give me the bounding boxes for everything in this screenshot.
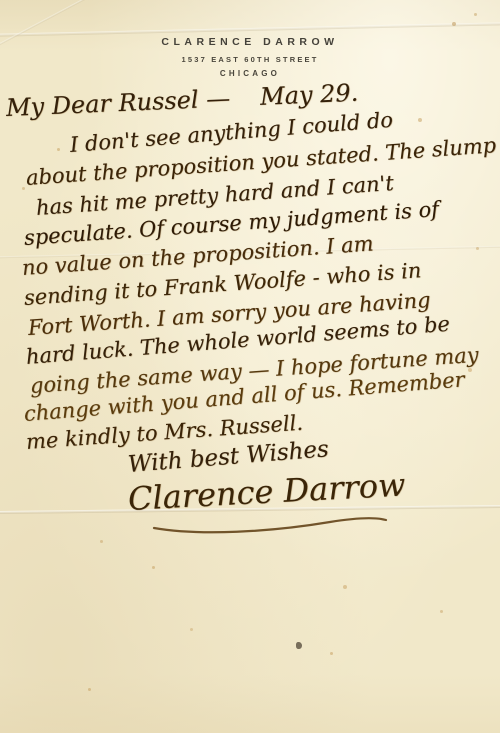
age-spot [57, 148, 60, 151]
salutation: My Dear Russel — [5, 84, 230, 122]
age-spot [468, 368, 472, 372]
age-spot [100, 540, 103, 543]
letter-page: CLARENCE DARROW 1537 EAST 60TH STREET CH… [0, 0, 500, 733]
age-spot [343, 585, 347, 589]
age-spot [22, 187, 25, 190]
ink-speck [296, 642, 302, 649]
age-spot [330, 652, 333, 655]
age-spot [190, 628, 193, 631]
letterhead-street: 1537 EAST 60TH STREET [0, 55, 500, 64]
letterhead-name: CLARENCE DARROW [0, 36, 500, 48]
age-spot [476, 247, 479, 250]
age-spot [152, 566, 155, 569]
age-spot [418, 118, 422, 122]
letter-date: May 29. [259, 79, 358, 111]
age-spot [88, 688, 91, 691]
letterhead: CLARENCE DARROW 1537 EAST 60TH STREET CH… [0, 36, 500, 78]
age-spot [452, 22, 456, 26]
fold-crease-top [0, 22, 500, 37]
signature-flourish [150, 512, 390, 538]
age-spot [440, 610, 443, 613]
letterhead-city: CHICAGO [0, 69, 500, 78]
age-spot [474, 13, 477, 16]
